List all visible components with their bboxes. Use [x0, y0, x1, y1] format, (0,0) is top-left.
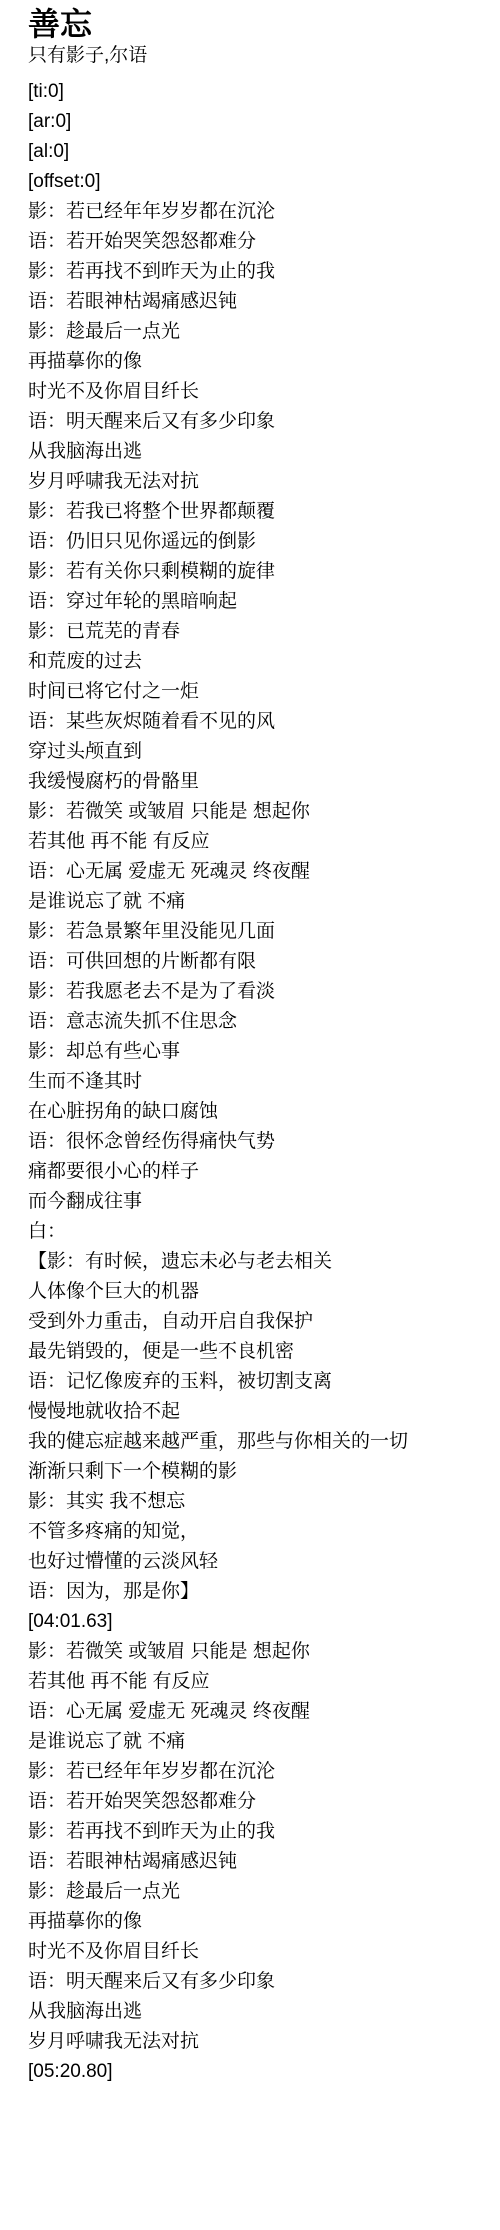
- lyric-line: 时光不及你眉目纤长: [28, 377, 480, 407]
- lyrics-page: 善忘 只有影子,尔语 [ti:0][ar:0][al:0][offset:0] …: [0, 0, 500, 2087]
- lyric-line: 影：若微笑 或皱眉 只能是 想起你: [28, 1637, 480, 1667]
- lyric-line: 我缓慢腐朽的骨骼里: [28, 767, 480, 797]
- lyric-line: 语：心无属 爱虚无 死魂灵 终夜醒: [28, 1697, 480, 1727]
- lyric-line: 从我脑海出逃: [28, 1997, 480, 2027]
- song-title: 善忘: [28, 7, 480, 41]
- lyric-line: 影：其实 我不想忘: [28, 1487, 480, 1517]
- lrc-meta-line: [offset:0]: [28, 167, 480, 197]
- lyric-line: 语：若眼神枯竭痛感迟钝: [28, 287, 480, 317]
- lrc-meta-block: [ti:0][ar:0][al:0][offset:0]: [28, 77, 480, 197]
- lyric-line: 影：若有关你只剩模糊的旋律: [28, 557, 480, 587]
- lyric-line: 若其他 再不能 有反应: [28, 1667, 480, 1697]
- lyrics-lines-block: 影：若已经年年岁岁都在沉沦语：若开始哭笑怨怒都难分影：若再找不到昨天为止的我语：…: [28, 197, 480, 2087]
- lyric-line: 语：若开始哭笑怨怒都难分: [28, 1787, 480, 1817]
- lrc-meta-line: [ti:0]: [28, 77, 480, 107]
- lyric-line: 语：记忆像废弃的玉料，被切割支离: [28, 1367, 480, 1397]
- lyric-line: 慢慢地就收拾不起: [28, 1397, 480, 1427]
- lyric-line: 影：若再找不到昨天为止的我: [28, 257, 480, 287]
- lyric-line: 岁月呼啸我无法对抗: [28, 467, 480, 497]
- lyric-line: 白：: [28, 1217, 480, 1247]
- lyric-line: 语：明天醒来后又有多少印象: [28, 1967, 480, 1997]
- lyric-line: 若其他 再不能 有反应: [28, 827, 480, 857]
- lyric-line: 不管多疼痛的知觉，: [28, 1517, 480, 1547]
- lrc-meta-line: [al:0]: [28, 137, 480, 167]
- lyric-line: 影：若已经年年岁岁都在沉沦: [28, 1757, 480, 1787]
- lyric-line: [04:01.63]: [28, 1607, 480, 1637]
- lyric-line: 时间已将它付之一炬: [28, 677, 480, 707]
- lyric-line: 再描摹你的像: [28, 347, 480, 377]
- lyric-line: 生而不逢其时: [28, 1067, 480, 1097]
- lyric-line: 痛都要很小心的样子: [28, 1157, 480, 1187]
- lyric-line: 是谁说忘了就 不痛: [28, 887, 480, 917]
- lyric-line: 也好过懵懂的云淡风轻: [28, 1547, 480, 1577]
- lrc-meta-line: [ar:0]: [28, 107, 480, 137]
- lyric-line: 影：却总有些心事: [28, 1037, 480, 1067]
- lyric-line: 影：若我已将整个世界都颠覆: [28, 497, 480, 527]
- lyric-line: 受到外力重击，自动开启自我保护: [28, 1307, 480, 1337]
- lyric-line: 影：已荒芜的青春: [28, 617, 480, 647]
- lyric-line: 影：若急景繁年里没能见几面: [28, 917, 480, 947]
- lyric-line: 而今翻成往事: [28, 1187, 480, 1217]
- lyric-line: 我的健忘症越来越严重，那些与你相关的一切: [28, 1427, 480, 1457]
- lyric-line: 语：明天醒来后又有多少印象: [28, 407, 480, 437]
- lyric-line: 语：因为，那是你】: [28, 1577, 480, 1607]
- lyric-line: 语：仍旧只见你遥远的倒影: [28, 527, 480, 557]
- song-artists: 只有影子,尔语: [28, 41, 480, 71]
- lyric-line: 影：若再找不到昨天为止的我: [28, 1817, 480, 1847]
- lyric-line: 岁月呼啸我无法对抗: [28, 2027, 480, 2057]
- lyric-line: 【影：有时候，遗忘未必与老去相关: [28, 1247, 480, 1277]
- lyric-line: 影：若我愿老去不是为了看淡: [28, 977, 480, 1007]
- lyric-line: 在心脏拐角的缺口腐蚀: [28, 1097, 480, 1127]
- lyric-line: 穿过头颅直到: [28, 737, 480, 767]
- lyric-line: 语：心无属 爱虚无 死魂灵 终夜醒: [28, 857, 480, 887]
- lyric-line: 和荒废的过去: [28, 647, 480, 677]
- lyric-line: 影：趁最后一点光: [28, 317, 480, 347]
- lyric-line: [05:20.80]: [28, 2057, 480, 2087]
- lyric-line: 影：趁最后一点光: [28, 1877, 480, 1907]
- lyric-line: 语：若眼神枯竭痛感迟钝: [28, 1847, 480, 1877]
- lyric-line: 再描摹你的像: [28, 1907, 480, 1937]
- lyric-line: 语：意志流失抓不住思念: [28, 1007, 480, 1037]
- lyric-line: 语：可供回想的片断都有限: [28, 947, 480, 977]
- lyric-line: 语：穿过年轮的黑暗响起: [28, 587, 480, 617]
- lyric-line: 人体像个巨大的机器: [28, 1277, 480, 1307]
- lyric-line: 影：若已经年年岁岁都在沉沦: [28, 197, 480, 227]
- lyric-line: 时光不及你眉目纤长: [28, 1937, 480, 1967]
- lyrics-body: [ti:0][ar:0][al:0][offset:0] 影：若已经年年岁岁都在…: [28, 77, 480, 2087]
- lyric-line: 是谁说忘了就 不痛: [28, 1727, 480, 1757]
- lyric-line: 从我脑海出逃: [28, 437, 480, 467]
- lyric-line: 最先销毁的，便是一些不良机密: [28, 1337, 480, 1367]
- lyric-line: 语：某些灰烬随着看不见的风: [28, 707, 480, 737]
- lyric-line: 语：很怀念曾经伤得痛快气势: [28, 1127, 480, 1157]
- lyric-line: 语：若开始哭笑怨怒都难分: [28, 227, 480, 257]
- lyric-line: 影：若微笑 或皱眉 只能是 想起你: [28, 797, 480, 827]
- lyric-line: 渐渐只剩下一个模糊的影: [28, 1457, 480, 1487]
